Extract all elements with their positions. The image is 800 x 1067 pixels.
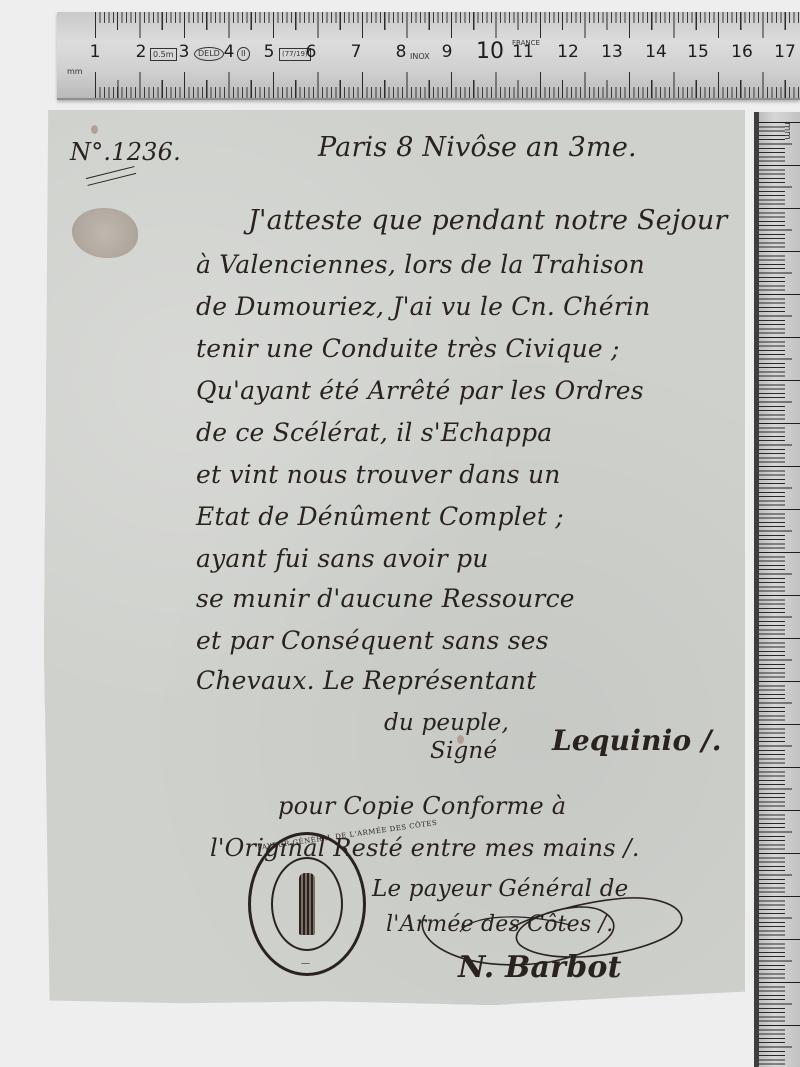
dateline: Paris 8 Nivôse an 3me. xyxy=(318,132,637,163)
ruler-number: 13 xyxy=(601,42,623,62)
ruler-number: 2 xyxy=(136,42,147,62)
body-line: et par Conséquent sans ses xyxy=(196,626,549,655)
ruler-accuracy-mark: 0.5m xyxy=(150,48,177,61)
ruler-number: 6 xyxy=(306,42,317,62)
ruler-ticks-top xyxy=(57,12,800,38)
side-ruler: mm xyxy=(754,112,800,1067)
ruler-number: 3 xyxy=(179,42,190,62)
stain-spot xyxy=(91,125,98,134)
ruler-number: 17 xyxy=(774,42,796,62)
body-line: de Dumouriez, J'ai vu le Cn. Chérin xyxy=(196,292,650,321)
ruler-unit-label: mm xyxy=(782,122,792,140)
seal-inner-ring xyxy=(271,857,343,951)
ruler-number: 4 xyxy=(224,42,235,62)
ruler-number: 15 xyxy=(687,42,709,62)
ruler-number: 16 xyxy=(731,42,753,62)
signature-flourish xyxy=(400,870,700,990)
body-line: Chevaux. Le Représentant xyxy=(196,666,536,695)
signature-name: Lequinio /. xyxy=(552,724,722,757)
ruler-number: 5 xyxy=(264,42,275,62)
stain-mark xyxy=(72,208,138,258)
ruler-brand-mark: DELD xyxy=(194,47,224,61)
seal-text-bottom: — xyxy=(301,959,311,969)
ruler-ticks-vertical xyxy=(759,122,800,1067)
certification-line: pour Copie Conforme à xyxy=(278,792,566,820)
signature-signed-label: Signé xyxy=(430,738,497,764)
ruler-class-mark: II xyxy=(237,47,250,61)
body-line: Etat de Dénûment Complet ; xyxy=(196,502,564,531)
ruler-number: 14 xyxy=(645,42,667,62)
body-line: J'atteste que pendant notre Sejour xyxy=(248,205,728,236)
ruler-ticks-bottom xyxy=(57,72,800,98)
paymaster-seal: PAYEUR GÉNÉRAL DE L'ARMÉE DES CÔTES — xyxy=(248,832,366,976)
ruler-number: 7 xyxy=(351,42,362,62)
top-ruler: mm 1 2 0.5m 3 DELD 4 II 5 (77/19) 6 7 8 … xyxy=(57,12,800,100)
body-line: se munir d'aucune Ressource xyxy=(196,584,575,613)
body-line: de ce Scélérat, il s'Echappa xyxy=(196,418,552,447)
body-line: ayant fui sans avoir pu xyxy=(196,544,489,573)
document-number: N°.1236. xyxy=(70,138,181,166)
ruler-unit-label: mm xyxy=(67,67,83,76)
ruler-number: 12 xyxy=(557,42,579,62)
ruler-number: 11 xyxy=(512,42,534,62)
body-line: et vint nous trouver dans un xyxy=(196,460,561,489)
signature-title: du peuple, xyxy=(384,710,509,736)
ruler-material-mark: INOX xyxy=(410,52,430,61)
ruler-number: 1 xyxy=(90,42,101,62)
ruler-number: 9 xyxy=(442,42,453,62)
body-line: Qu'ayant été Arrêté par les Ordres xyxy=(196,376,644,405)
ruler-number: 8 xyxy=(396,42,407,62)
body-line: à Valenciennes, lors de la Trahison xyxy=(196,250,645,279)
seal-figure-icon xyxy=(299,873,315,935)
ruler-number: 10 xyxy=(476,39,504,64)
body-line: tenir une Conduite très Civique ; xyxy=(196,334,620,363)
